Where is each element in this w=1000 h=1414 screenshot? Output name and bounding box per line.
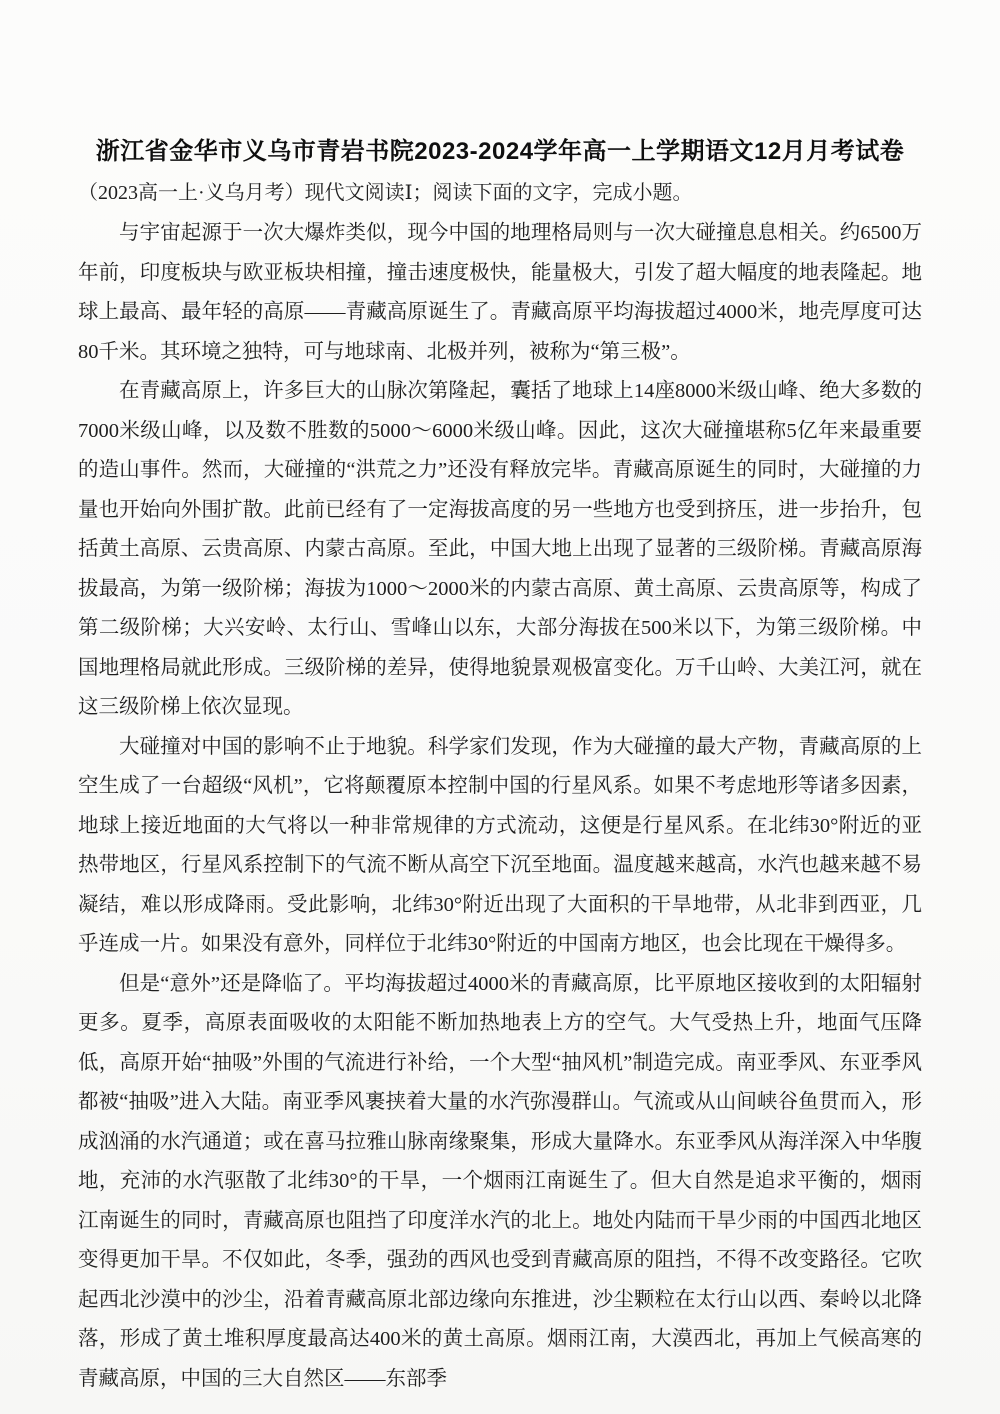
passage-paragraph-1: 与宇宙起源于一次大爆炸类似，现今中国的地理格局则与一次大碰撞息息相关。约6500… <box>78 214 922 372</box>
reading-passage: 与宇宙起源于一次大爆炸类似，现今中国的地理格局则与一次大碰撞息息相关。约6500… <box>78 214 922 1399</box>
passage-paragraph-3: 大碰撞对中国的影响不止于地貌。科学家们发现，作为大碰撞的最大产物，青藏高原的上空… <box>78 728 922 965</box>
exam-paper-page: 浙江省金华市义乌市青岩书院2023-2024学年高一上学期语文12月月考试卷 （… <box>0 0 1000 1414</box>
page-title: 浙江省金华市义乌市青岩书院2023-2024学年高一上学期语文12月月考试卷 <box>78 136 922 168</box>
passage-paragraph-2: 在青藏高原上，许多巨大的山脉次第隆起，囊括了地球上14座8000米级山峰、绝大多… <box>78 372 922 728</box>
passage-paragraph-4: 但是“意外”还是降临了。平均海拔超过4000米的青藏高原，比平原地区接收到的太阳… <box>78 965 922 1400</box>
exam-source-line: （2023高一上·义乌月考）现代文阅读Ⅰ；阅读下面的文字，完成小题。 <box>78 178 922 208</box>
